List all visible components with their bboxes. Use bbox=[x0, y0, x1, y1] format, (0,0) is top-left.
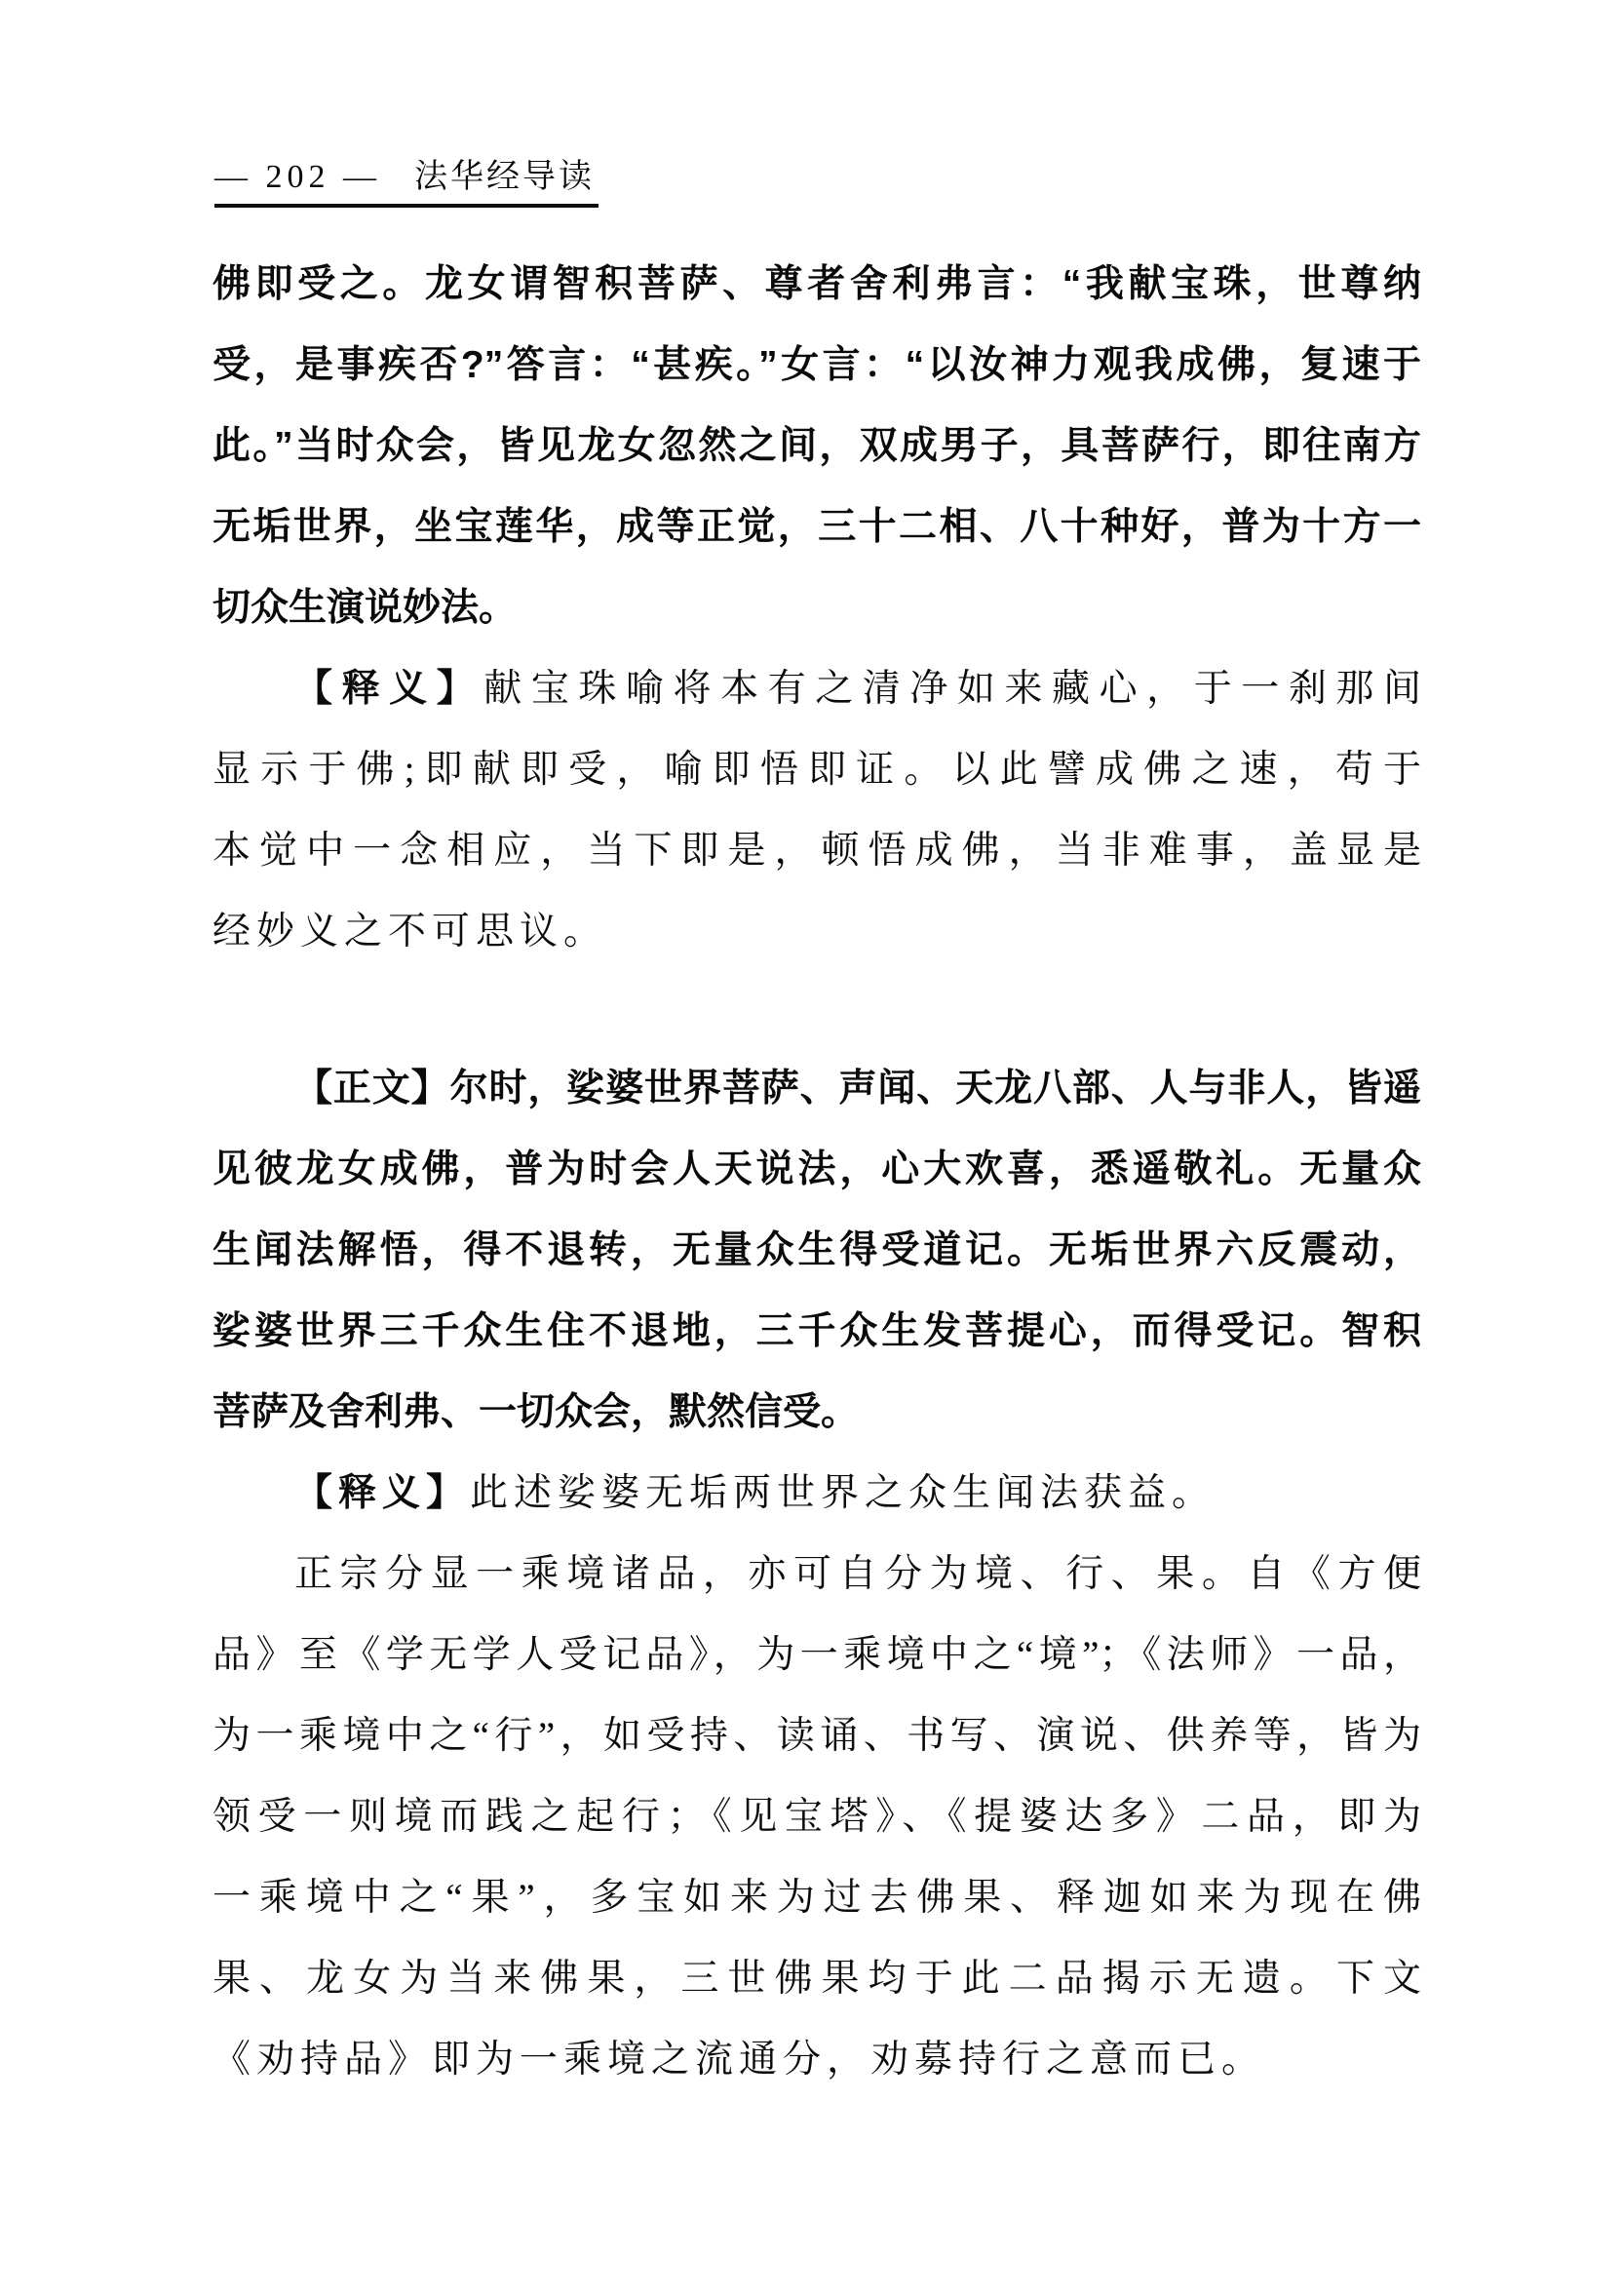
shiyi-heading: 【释义】 bbox=[294, 1472, 470, 1514]
text-line: 一乘境中之“果”，多宝如来为过去佛果、释迦如来为现在佛 bbox=[212, 1857, 1421, 1938]
text-block: 佛即受之。龙女谓智积菩萨、尊者舍利弗言：“我献宝珠，世尊纳 受，是事疾否?”答言… bbox=[212, 244, 1421, 2100]
scripture-paragraph-2: 【正文】尔时，娑婆世界菩萨、声闻、天龙八部、人与非人，皆遥 见彼龙女成佛，普为时… bbox=[212, 1048, 1421, 1453]
text-line: 果、龙女为当来佛果，三世佛果均于此二品揭示无遗。下文 bbox=[212, 1938, 1421, 2019]
text-line-body: 献宝珠喻将本有之清净如来藏心，于一刹那间 bbox=[483, 668, 1421, 710]
text-line: 【释义】献宝珠喻将本有之清净如来藏心，于一刹那间 bbox=[212, 648, 1421, 729]
text-line: 经妙义之不可思议。 bbox=[212, 891, 1421, 972]
text-line: 此。”当时众会，皆见龙女忽然之间，双成男子，具菩萨行，即往南方 bbox=[212, 406, 1421, 486]
text-line: 为一乘境中之“行”，如受持、读诵、书写、演说、供养等，皆为 bbox=[212, 1695, 1421, 1776]
scripture-paragraph-continued: 佛即受之。龙女谓智积菩萨、尊者舍利弗言：“我献宝珠，世尊纳 受，是事疾否?”答言… bbox=[212, 244, 1421, 648]
text-line: 无垢世界，坐宝莲华，成等正觉，三十二相、八十种好，普为十方一 bbox=[212, 486, 1421, 567]
running-head: — 202 —法华经导读 bbox=[214, 160, 599, 208]
text-line: 领受一则境而践之起行；《见宝塔》、《提婆达多》二品，即为 bbox=[212, 1776, 1421, 1857]
text-line: 受，是事疾否?”答言：“甚疾。”女言：“以汝神力观我成佛，复速于 bbox=[212, 325, 1421, 406]
text-line: 娑婆世界三千众生住不退地，三千众生发菩提心，而得受记。智积 bbox=[212, 1291, 1421, 1372]
text-line: 【正文】尔时，娑婆世界菩萨、声闻、天龙八部、人与非人，皆遥 bbox=[212, 1048, 1421, 1129]
book-page: — 202 —法华经导读 佛即受之。龙女谓智积菩萨、尊者舍利弗言：“我献宝珠，世… bbox=[0, 0, 1622, 2296]
shiyi-heading: 【释义】 bbox=[294, 668, 483, 710]
commentary-paragraph-2: 【释义】此述娑婆无垢两世界之众生闻法获益。 正宗分显一乘境诸品，亦可自分为境、行… bbox=[212, 1453, 1421, 2100]
book-title: 法华经导读 bbox=[414, 159, 599, 195]
paragraph-gap bbox=[212, 972, 1421, 1048]
text-line: 切众生演说妙法。 bbox=[212, 567, 1421, 648]
text-line-body: 此述娑婆无垢两世界之众生闻法获益。 bbox=[470, 1472, 1216, 1514]
text-line: 本觉中一念相应，当下即是，顿悟成佛，当非难事，盖显是 bbox=[212, 810, 1421, 891]
text-line: 显示于佛;即献即受，喻即悟即证。以此譬成佛之速，苟于 bbox=[212, 729, 1421, 810]
text-line: 《劝持品》即为一乘境之流通分，劝募持行之意而已。 bbox=[212, 2019, 1421, 2100]
page-number: — 202 — bbox=[214, 159, 381, 195]
text-line: 菩萨及舍利弗、一切众会，默然信受。 bbox=[212, 1372, 1421, 1453]
text-line: 品》至《学无学人受记品》，为一乘境中之“境”；《法师》一品， bbox=[212, 1615, 1421, 1695]
text-line-body: 尔时，娑婆世界菩萨、声闻、天龙八部、人与非人，皆遥 bbox=[450, 1068, 1421, 1109]
text-line: 正宗分显一乘境诸品，亦可自分为境、行、果。自《方便 bbox=[212, 1534, 1421, 1615]
zhengwen-heading: 【正文】 bbox=[294, 1068, 450, 1109]
text-line: 见彼龙女成佛，普为时会人天说法，心大欢喜，悉遥敬礼。无量众 bbox=[212, 1129, 1421, 1210]
commentary-paragraph-1: 【释义】献宝珠喻将本有之清净如来藏心，于一刹那间 显示于佛;即献即受，喻即悟即证… bbox=[212, 648, 1421, 972]
text-line: 【释义】此述娑婆无垢两世界之众生闻法获益。 bbox=[212, 1453, 1421, 1534]
text-line: 生闻法解悟，得不退转，无量众生得受道记。无垢世界六反震动， bbox=[212, 1210, 1421, 1291]
text-line: 佛即受之。龙女谓智积菩萨、尊者舍利弗言：“我献宝珠，世尊纳 bbox=[212, 244, 1421, 325]
